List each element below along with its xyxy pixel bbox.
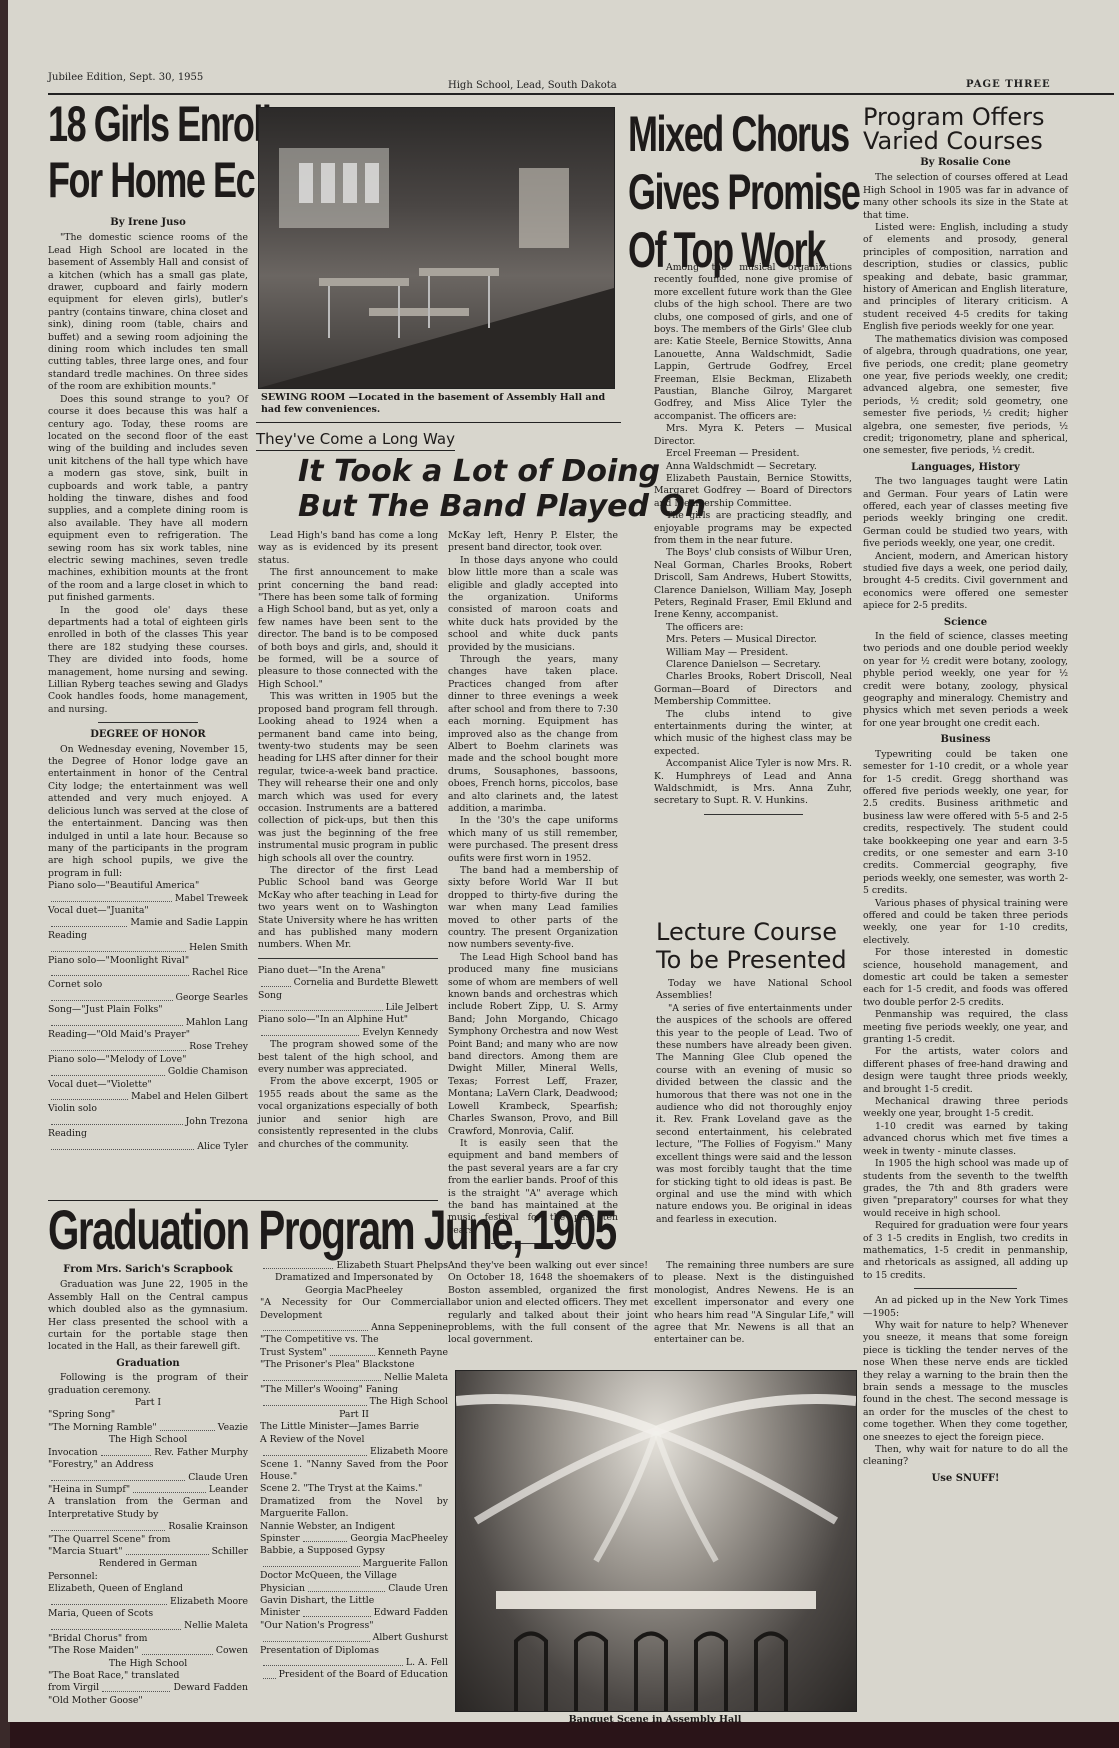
program-performer-row: Elizabeth Stuart Phelps bbox=[260, 1260, 448, 1272]
program-performer-row: Claude Uren bbox=[48, 1472, 248, 1484]
courses-paragraph: Penmanship was required, the class meeti… bbox=[863, 1009, 1068, 1046]
program-item: Song—"Just Plain Folks" bbox=[48, 1004, 248, 1016]
graduation-intro: Graduation was June 22, 1905 in the Asse… bbox=[48, 1279, 248, 1353]
courses-paragraph: Various phases of physical training were… bbox=[863, 898, 1068, 948]
home-ec-headline-line2: For Home Ec bbox=[48, 152, 192, 208]
program-entry: SongLile Jelbert bbox=[258, 990, 438, 1015]
program-item: "The Rose Maiden" bbox=[48, 1645, 139, 1657]
program-line: "The Competitive vs. The bbox=[260, 1334, 448, 1346]
program-performer: Nellie Maleta bbox=[184, 1620, 248, 1632]
lecture-headline-line1: Lecture Course bbox=[656, 918, 837, 946]
program-performer: Mabel Treweek bbox=[175, 893, 248, 905]
program-item: from Virgil bbox=[48, 1682, 99, 1694]
dot-leader bbox=[51, 1620, 181, 1629]
home-ec-paragraph: Does this sound strange to you? Of cours… bbox=[48, 394, 248, 605]
program-line: Elizabeth, Queen of England bbox=[48, 1583, 248, 1595]
band-paragraph: The first announcement to make print con… bbox=[258, 567, 438, 691]
courses-paragraph: The mathematics division was composed of… bbox=[863, 334, 1068, 458]
program-entry: Piano solo—"Beautiful America"Mabel Trew… bbox=[48, 880, 248, 905]
chorus-headline-line1: Mixed Chorus bbox=[628, 105, 794, 163]
dot-leader bbox=[51, 1141, 194, 1150]
program-performer-row: Mabel and Helen Gilbert bbox=[48, 1091, 248, 1103]
band-article-col1: Lead High's band has come a long way as … bbox=[258, 530, 438, 1151]
program-performer: Edward Fadden bbox=[374, 1607, 448, 1619]
dot-leader bbox=[160, 1422, 215, 1431]
program-performer: L. A. Fell bbox=[406, 1657, 448, 1669]
chorus-paragraph: Elizabeth Paustain, Bernice Stowitts, Ma… bbox=[654, 473, 852, 510]
program-performer: Rosalie Krainson bbox=[168, 1521, 248, 1533]
program-performer: Cornelia and Burdette Blewett bbox=[294, 977, 438, 989]
dot-leader bbox=[263, 1322, 368, 1331]
program-performer-row: Mamie and Sadie Lappin bbox=[48, 917, 248, 929]
divider bbox=[258, 958, 438, 959]
program-performer-row: Elizabeth Moore bbox=[260, 1446, 448, 1458]
band-paragraph: McKay left, Henry P. Elster, the present… bbox=[448, 530, 618, 555]
page-number: PAGE THREE bbox=[966, 79, 1051, 90]
dot-leader bbox=[263, 1669, 276, 1678]
courses-paragraph: 1-10 credit was earned by taking advance… bbox=[863, 1121, 1068, 1158]
chorus-paragraph: Anna Waldschmidt — Secretary. bbox=[654, 461, 852, 473]
dot-leader bbox=[308, 1583, 385, 1592]
lecture-headline-line2: To be Presented bbox=[656, 946, 847, 974]
lecture-paragraph: The remaining three numbers are sure to … bbox=[654, 1260, 854, 1347]
program-item: Piano solo—"Beautiful America" bbox=[48, 880, 248, 892]
band-kicker: They've Come a Long Way bbox=[256, 430, 455, 451]
dot-leader bbox=[263, 1632, 370, 1641]
band-article-col2: McKay left, Henry P. Elster, the present… bbox=[448, 530, 618, 1250]
program-line: "The Miller's Wooing" Faning bbox=[260, 1384, 448, 1396]
dot-leader bbox=[51, 1017, 183, 1026]
dot-leader bbox=[51, 992, 173, 1001]
program-item: "Heina in Sumpf" bbox=[48, 1484, 130, 1496]
program-item: Piano solo—"Melody of Love" bbox=[48, 1054, 248, 1066]
program-heading: Rendered in German bbox=[48, 1558, 248, 1570]
program-performer-row: Rachel Rice bbox=[48, 967, 248, 979]
dot-leader bbox=[263, 1372, 381, 1381]
program-performer: Cowen bbox=[216, 1645, 248, 1657]
chorus-paragraph: Ercel Freeman — President. bbox=[654, 448, 852, 460]
divider bbox=[256, 422, 621, 423]
program-performer: Albert Gushurst bbox=[373, 1632, 448, 1644]
program-line: Personnel: bbox=[48, 1571, 248, 1583]
dot-leader bbox=[303, 1533, 348, 1542]
program-performer-row: Lile Jelbert bbox=[258, 1002, 438, 1014]
graduation-source: From Mrs. Sarich's Scrapbook bbox=[48, 1264, 248, 1276]
program-performer-row: George Searles bbox=[48, 992, 248, 1004]
program-item: Cornet solo bbox=[48, 979, 248, 991]
labor-union-article: And they've been walking out ever since!… bbox=[448, 1260, 648, 1347]
program-entry: ReadingHelen Smith bbox=[48, 930, 248, 955]
program-line: "A Necessity for Our Commercial Developm… bbox=[260, 1297, 448, 1322]
program-performer: Marguerite Fallon bbox=[363, 1558, 448, 1570]
program-line: "The Boat Race," translated bbox=[48, 1670, 248, 1682]
home-ec-article: By Irene Juso "The domestic science room… bbox=[48, 215, 248, 1153]
dot-leader bbox=[261, 1027, 359, 1036]
band-paragraph: Through the years, many changes have tak… bbox=[448, 654, 618, 815]
program-item: Physician bbox=[260, 1583, 305, 1595]
program-entry: Reading—"Old Maid's Prayer"Rose Trehey bbox=[48, 1029, 248, 1054]
dot-leader bbox=[126, 1546, 209, 1555]
program-performer-row: Nellie Maleta bbox=[260, 1372, 448, 1384]
program-item: Violin solo bbox=[48, 1103, 248, 1115]
chorus-paragraph: Mrs. Myra K. Peters — Musical Director. bbox=[654, 423, 852, 448]
masthead-rule bbox=[48, 93, 1114, 95]
dot-leader bbox=[142, 1645, 213, 1654]
courses-headline-line2: Varied Courses bbox=[863, 128, 1043, 154]
lecture-article-continued: The remaining three numbers are sure to … bbox=[654, 1260, 854, 1347]
snuff-ad-paragraph: Why wait for nature to help? Whenever yo… bbox=[863, 1320, 1068, 1444]
chorus-headline: Mixed Chorus Gives Promise Of Top Work bbox=[628, 105, 858, 279]
program-line: The Little Minister—James Barrie bbox=[260, 1421, 448, 1433]
lecture-paragraph: Today we have National School Assemblies… bbox=[656, 978, 852, 1003]
courses-paragraph: Ancient, modern, and American history st… bbox=[863, 551, 1068, 613]
program-performer: Leander bbox=[209, 1484, 248, 1496]
snuff-ad-intro: An ad picked up in the New York Times—19… bbox=[863, 1295, 1068, 1320]
courses-paragraph: For those interested in domestic science… bbox=[863, 947, 1068, 1009]
dot-leader bbox=[51, 1596, 167, 1605]
program-performer-row: Rosalie Krainson bbox=[48, 1521, 248, 1533]
dot-leader bbox=[51, 917, 127, 926]
program-performer-row: Nellie Maleta bbox=[48, 1620, 248, 1632]
dot-leader bbox=[51, 1472, 185, 1481]
program-performer: Rose Trehey bbox=[189, 1041, 248, 1053]
divider bbox=[914, 1288, 1017, 1289]
program-performer: The High School bbox=[370, 1396, 448, 1408]
program-item: Invocation bbox=[48, 1447, 98, 1459]
newspaper-page: Jubilee Edition, Sept. 30, 1955 High Sch… bbox=[8, 0, 1119, 1722]
program-item: Song bbox=[258, 990, 438, 1002]
edition-date: Jubilee Edition, Sept. 30, 1955 bbox=[48, 72, 203, 83]
program-entry: Cornet soloGeorge Searles bbox=[48, 979, 248, 1004]
graduation-col2: Elizabeth Stuart PhelpsDramatized and Im… bbox=[260, 1260, 448, 1682]
program-entry: Song—"Just Plain Folks"Mahlon Lang bbox=[48, 1004, 248, 1029]
program-performer: Veazie bbox=[218, 1422, 248, 1434]
program-performer: Kenneth Payne bbox=[378, 1347, 448, 1359]
program-performer: John Trezona bbox=[186, 1116, 248, 1128]
graduation-lead-in: Following is the program of their gradua… bbox=[48, 1372, 248, 1397]
program-performer-row: Goldie Chamison bbox=[48, 1066, 248, 1078]
dot-leader bbox=[51, 1041, 186, 1050]
home-ec-byline: By Irene Juso bbox=[48, 217, 248, 229]
program-performer: Nellie Maleta bbox=[384, 1372, 448, 1384]
courses-byline: By Rosalie Cone bbox=[863, 157, 1068, 169]
band-paragraph: The Lead High School band has produced m… bbox=[448, 952, 618, 1138]
program-performer-row: Evelyn Kennedy bbox=[258, 1027, 438, 1039]
program-performer: Helen Smith bbox=[189, 942, 248, 954]
program-entry: ReadingAlice Tyler bbox=[48, 1128, 248, 1153]
courses-article: By Rosalie ConeThe selection of courses … bbox=[863, 155, 1068, 1487]
program-entry: from VirgilDeward Fadden bbox=[48, 1682, 248, 1694]
program-entry: Piano solo—"In an Alphine Hut"Evelyn Ken… bbox=[258, 1014, 438, 1039]
chorus-article: Among the musical organizations recently… bbox=[654, 262, 852, 821]
band-paragraph: The director of the first Lead Public Sc… bbox=[258, 865, 438, 952]
chorus-paragraph: The clubs intend to give entertainments … bbox=[654, 709, 852, 759]
program-performer: Evelyn Kennedy bbox=[362, 1027, 438, 1039]
graduation-part-heading: Part I bbox=[48, 1397, 248, 1409]
program-heading: Part II bbox=[260, 1409, 448, 1421]
program-entry: SpinsterGeorgia MacPheeley bbox=[260, 1533, 448, 1545]
dot-leader bbox=[263, 1446, 367, 1455]
snuff-ad-tagline: Use SNUFF! bbox=[863, 1473, 1068, 1485]
school-name: High School, Lead, South Dakota bbox=[448, 80, 617, 91]
program-entry: InvocationRev. Father Murphy bbox=[48, 1447, 248, 1459]
degree-of-honor-title: DEGREE OF HONOR bbox=[48, 729, 248, 741]
dot-leader bbox=[133, 1484, 206, 1493]
chorus-paragraph: Among the musical organizations recently… bbox=[654, 262, 852, 423]
dot-leader bbox=[51, 1116, 183, 1125]
chorus-paragraph: Clarence Danielson — Secretary. bbox=[654, 659, 852, 671]
program-performer: Georgia MacPheeley bbox=[350, 1533, 448, 1545]
courses-paragraph: In 1905 the high school was made up of s… bbox=[863, 1158, 1068, 1220]
program-line: Nannie Webster, an Indigent bbox=[260, 1521, 448, 1533]
banquet-illustration bbox=[456, 1371, 856, 1711]
home-ec-headline-line1: 18 Girls Enroll bbox=[48, 96, 192, 152]
program-line: Babbie, a Supposed Gypsy bbox=[260, 1545, 448, 1557]
dot-leader bbox=[51, 1091, 128, 1100]
lecture-paragraph: "A series of five entertainments under t… bbox=[656, 1003, 852, 1226]
program-entry: PhysicianClaude Uren bbox=[260, 1583, 448, 1595]
program-line: "Old Mother Goose" bbox=[48, 1695, 248, 1707]
divider bbox=[704, 814, 803, 815]
program-performer: Elizabeth Moore bbox=[370, 1446, 448, 1458]
program-performer: Schiller bbox=[212, 1546, 248, 1558]
program-heading: Dramatized and Impersonated by bbox=[260, 1272, 448, 1284]
program-item: Reading bbox=[48, 930, 248, 942]
program-performer-row: L. A. Fell bbox=[260, 1657, 448, 1669]
dot-leader bbox=[263, 1396, 367, 1405]
dot-leader bbox=[102, 1682, 170, 1691]
program-item: "The Morning Ramble" bbox=[48, 1422, 157, 1434]
dot-leader bbox=[261, 977, 291, 986]
courses-paragraph: Typewriting could be taken one semester … bbox=[863, 749, 1068, 898]
courses-paragraph: In the field of science, classes meeting… bbox=[863, 631, 1068, 730]
home-ec-paragraph: In the good ole' days these departments … bbox=[48, 605, 248, 717]
courses-subhead: Languages, History bbox=[863, 462, 1068, 474]
program-line: Doctor McQueen, the Village bbox=[260, 1570, 448, 1582]
chorus-headline-line2: Gives Promise bbox=[628, 163, 794, 221]
dot-leader bbox=[51, 893, 172, 902]
sewing-room-caption: SEWING ROOM —Located in the basement of … bbox=[261, 392, 621, 416]
program-performer: Claude Uren bbox=[388, 1583, 448, 1595]
degree-of-honor-closing: The program showed some of the best tale… bbox=[258, 1039, 438, 1076]
program-entry: "Marcia Stuart"Schiller bbox=[48, 1546, 248, 1558]
program-performer: Elizabeth Stuart Phelps bbox=[336, 1260, 448, 1272]
program-item: Piano solo—"Moonlight Rival" bbox=[48, 955, 248, 967]
program-performer-row: Cornelia and Burdette Blewett bbox=[258, 977, 438, 989]
program-performer: Anna Seppenine bbox=[371, 1322, 448, 1334]
program-line: A translation from the German and Interp… bbox=[48, 1496, 248, 1521]
program-performer-row: Albert Gushurst bbox=[260, 1632, 448, 1644]
chorus-paragraph: The girls are practicing steadfly, and e… bbox=[654, 510, 852, 547]
program-heading: The High School bbox=[48, 1658, 248, 1670]
dot-leader bbox=[51, 967, 189, 976]
program-entry: Piano duet—"In the Arena"Cornelia and Bu… bbox=[258, 965, 438, 990]
graduation-program-list: Elizabeth Stuart PhelpsDramatized and Im… bbox=[260, 1260, 448, 1682]
chorus-paragraph: Mrs. Peters — Musical Director. bbox=[654, 634, 852, 646]
dot-leader bbox=[330, 1347, 375, 1356]
band-paragraph: This was written in 1905 but the propose… bbox=[258, 691, 438, 865]
lecture-article: Today we have National School Assemblies… bbox=[656, 978, 852, 1226]
program-performer: President of the Board of Education bbox=[279, 1669, 448, 1681]
dot-leader bbox=[51, 1066, 165, 1075]
degree-of-honor-program: Piano solo—"Beautiful America"Mabel Trew… bbox=[48, 880, 248, 1153]
courses-subhead: Science bbox=[863, 617, 1068, 629]
program-line: Presentation of Diplomas bbox=[260, 1645, 448, 1657]
program-line: Maria, Queen of Scots bbox=[48, 1608, 248, 1620]
program-performer-row: Marguerite Fallon bbox=[260, 1558, 448, 1570]
program-entry: "The Morning Ramble"Veazie bbox=[48, 1422, 248, 1434]
courses-paragraph: Required for graduation were four years … bbox=[863, 1220, 1068, 1282]
program-entry: "The Rose Maiden"Cowen bbox=[48, 1645, 248, 1657]
program-performer: Deward Fadden bbox=[173, 1682, 248, 1694]
degree-of-honor-closing: From the above excerpt, 1905 or 1955 rea… bbox=[258, 1076, 438, 1150]
program-entry: Piano solo—"Melody of Love"Goldie Chamis… bbox=[48, 1054, 248, 1079]
program-entry: Piano solo—"Moonlight Rival"Rachel Rice bbox=[48, 955, 248, 980]
program-heading: Georgia MacPheeley bbox=[260, 1285, 448, 1297]
program-entry: Trust System"Kenneth Payne bbox=[260, 1347, 448, 1359]
program-item: Piano solo—"In an Alphine Hut" bbox=[258, 1014, 438, 1026]
program-performer-row: John Trezona bbox=[48, 1116, 248, 1128]
program-performer: Goldie Chamison bbox=[168, 1066, 248, 1078]
program-performer-row: Anna Seppenine bbox=[260, 1322, 448, 1334]
banquet-caption: Banquet Scene in Assembly Hall bbox=[455, 1714, 855, 1726]
program-performer-row: Elizabeth Moore bbox=[48, 1596, 248, 1608]
program-performer-row: President of the Board of Education bbox=[260, 1669, 448, 1681]
band-paragraph: The band had a membership of sixty befor… bbox=[448, 865, 618, 952]
program-line: A Review of the Novel bbox=[260, 1434, 448, 1446]
program-line: Scene 1. "Nanny Saved from the Poor Hous… bbox=[260, 1459, 448, 1484]
band-paragraph: In those days anyone who could blow litt… bbox=[448, 555, 618, 654]
chorus-paragraph: Charles Brooks, Robert Driscoll, Neal Go… bbox=[654, 671, 852, 708]
snuff-ad-paragraph: Then, why wait for nature to do all the … bbox=[863, 1444, 1068, 1469]
program-item: Vocal duet—"Violette" bbox=[48, 1079, 248, 1091]
program-performer: Mamie and Sadie Lappin bbox=[130, 917, 248, 929]
program-item: "Marcia Stuart" bbox=[48, 1546, 123, 1558]
program-line: "Our Nation's Progress" bbox=[260, 1620, 448, 1632]
program-line: "The Prisoner's Plea" Blackstone bbox=[260, 1359, 448, 1371]
band-headline-line2: But The Band Played On bbox=[298, 490, 706, 524]
program-line: Gavin Dishart, the Little bbox=[260, 1595, 448, 1607]
band-paragraph: In the '30's the cape uniforms which man… bbox=[448, 815, 618, 865]
program-item: Trust System" bbox=[260, 1347, 327, 1359]
graduation-headline: Graduation Program June, 1905 bbox=[48, 1200, 616, 1260]
program-performer: Rev. Father Murphy bbox=[154, 1447, 248, 1459]
courses-subhead: Business bbox=[863, 734, 1068, 746]
degree-of-honor-paragraph: On Wednesday evening, November 15, the D… bbox=[48, 744, 248, 880]
program-performer-row: The High School bbox=[260, 1396, 448, 1408]
program-line: Dramatized from the Novel by Marguerite … bbox=[260, 1496, 448, 1521]
program-performer-row: Mahlon Lang bbox=[48, 1017, 248, 1029]
courses-paragraph: Mechanical drawing three periods weekly … bbox=[863, 1096, 1068, 1121]
graduation-col1: From Mrs. Sarich's Scrapbook Graduation … bbox=[48, 1262, 248, 1707]
program-entry: Vocal duet—"Juanita"Mamie and Sadie Lapp… bbox=[48, 905, 248, 930]
caption-label: SEWING ROOM bbox=[261, 392, 345, 403]
program-performer: Lile Jelbert bbox=[386, 1002, 438, 1014]
band-paragraph: Lead High's band has come a long way as … bbox=[258, 530, 438, 567]
chorus-paragraph: The Boys' club consists of Wilbur Uren, … bbox=[654, 547, 852, 621]
chorus-paragraph: The officers are: bbox=[654, 622, 852, 634]
banquet-photo bbox=[455, 1370, 857, 1712]
courses-paragraph: Listed were: English, including a study … bbox=[863, 222, 1068, 334]
program-entry: "Heina in Sumpf"Leander bbox=[48, 1484, 248, 1496]
program-line: "Spring Song" bbox=[48, 1409, 248, 1421]
program-heading: The High School bbox=[48, 1434, 248, 1446]
divider bbox=[98, 722, 198, 723]
program-item: Reading—"Old Maid's Prayer" bbox=[48, 1029, 248, 1041]
program-line: Scene 2. "The Tryst at the Kaims." bbox=[260, 1483, 448, 1495]
program-entry: Violin soloJohn Trezona bbox=[48, 1103, 248, 1128]
program-line: "The Quarrel Scene" from bbox=[48, 1534, 248, 1546]
labor-paragraph: And they've been walking out ever since!… bbox=[448, 1260, 648, 1347]
program-performer: Mabel and Helen Gilbert bbox=[131, 1091, 248, 1103]
program-performer: Elizabeth Moore bbox=[170, 1596, 248, 1608]
program-performer-row: Alice Tyler bbox=[48, 1141, 248, 1153]
program-item: Piano duet—"In the Arena" bbox=[258, 965, 438, 977]
program-line: "Bridal Chorus" from bbox=[48, 1633, 248, 1645]
sewing-room-illustration bbox=[259, 108, 614, 388]
program-line: "Forestry," an Address bbox=[48, 1459, 248, 1471]
degree-of-honor-program-continued: Piano duet—"In the Arena"Cornelia and Bu… bbox=[258, 965, 438, 1039]
home-ec-headline: 18 Girls Enroll For Home Ec bbox=[48, 96, 248, 208]
courses-paragraph: The two languages taught were Latin and … bbox=[863, 476, 1068, 550]
dot-leader bbox=[101, 1447, 152, 1456]
graduation-subhead: Graduation bbox=[48, 1358, 248, 1370]
program-performer: Rachel Rice bbox=[192, 967, 248, 979]
dot-leader bbox=[263, 1260, 333, 1269]
program-performer: Mahlon Lang bbox=[186, 1017, 248, 1029]
program-performer: Claude Uren bbox=[188, 1472, 248, 1484]
program-item: Spinster bbox=[260, 1533, 300, 1545]
courses-paragraph: The selection of courses offered at Lead… bbox=[863, 172, 1068, 222]
graduation-program-list: "Spring Song""The Morning Ramble"VeazieT… bbox=[48, 1409, 248, 1707]
chorus-paragraph: Accompanist Alice Tyler is now Mrs. R. K… bbox=[654, 758, 852, 808]
program-item: Minister bbox=[260, 1607, 300, 1619]
program-entry: MinisterEdward Fadden bbox=[260, 1607, 448, 1619]
dot-leader bbox=[51, 942, 186, 951]
band-headline-line1: It Took a Lot of Doing bbox=[298, 455, 660, 489]
program-entry: Vocal duet—"Violette"Mabel and Helen Gil… bbox=[48, 1079, 248, 1104]
chorus-paragraph: William May — President. bbox=[654, 647, 852, 659]
program-performer: Alice Tyler bbox=[197, 1141, 248, 1153]
program-performer-row: Helen Smith bbox=[48, 942, 248, 954]
program-item: Vocal duet—"Juanita" bbox=[48, 905, 248, 917]
program-item: Reading bbox=[48, 1128, 248, 1140]
sewing-room-photo bbox=[258, 107, 615, 389]
dot-leader bbox=[263, 1657, 403, 1666]
dot-leader bbox=[51, 1521, 165, 1530]
dot-leader bbox=[263, 1558, 360, 1567]
program-performer-row: Rose Trehey bbox=[48, 1041, 248, 1053]
dot-leader bbox=[261, 1002, 383, 1011]
program-performer: George Searles bbox=[176, 992, 248, 1004]
courses-paragraph: For the artists, water colors and differ… bbox=[863, 1046, 1068, 1096]
program-performer-row: Mabel Treweek bbox=[48, 893, 248, 905]
dot-leader bbox=[303, 1607, 371, 1616]
home-ec-paragraph: "The domestic science rooms of the Lead … bbox=[48, 232, 248, 393]
